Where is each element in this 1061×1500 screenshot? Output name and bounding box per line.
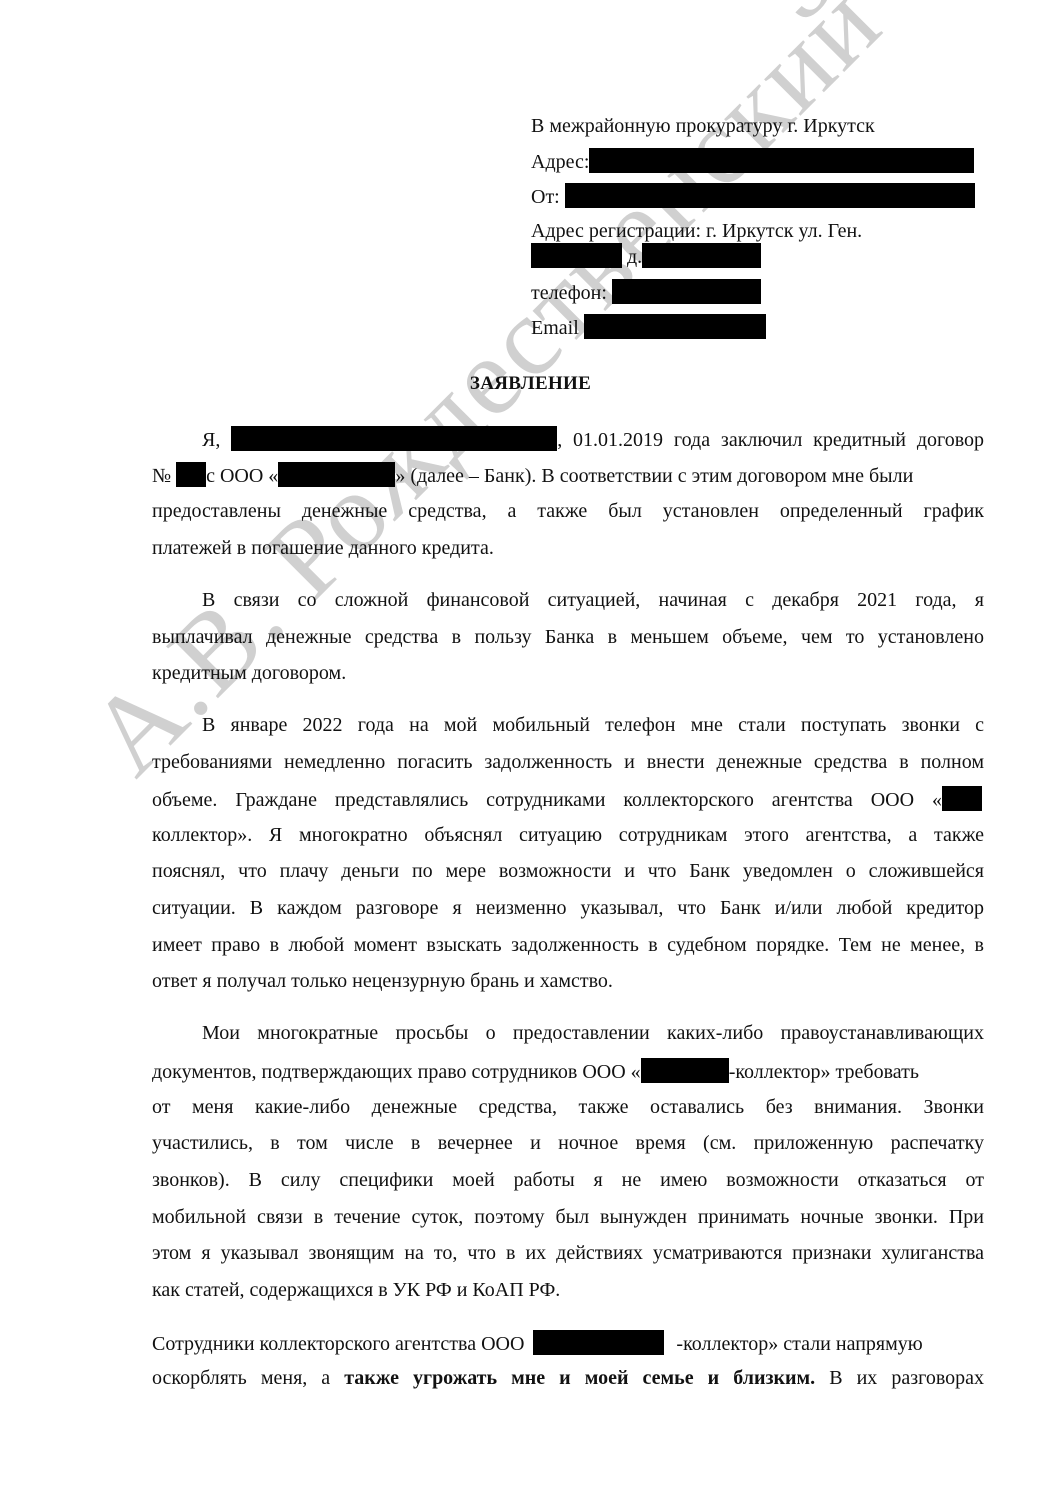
redaction-contract-number [176, 462, 206, 487]
address-label: Адрес: [531, 151, 589, 173]
from-label: От: [531, 186, 560, 208]
redaction-address [589, 148, 974, 173]
text: -коллектор» стали напрямую [676, 1333, 922, 1355]
text: с ООО « [206, 465, 278, 487]
redaction-email [584, 314, 766, 339]
p3-line-8: ответ я получал только нецензурную брань… [152, 969, 984, 993]
document-page: А.В. Рождественский В межрайонную прокур… [0, 0, 1061, 1500]
p2-line-1: В связи со сложной финансовой ситуацией,… [152, 588, 984, 612]
p3-line-7: имеет право в любой момент взыскать задо… [152, 933, 984, 957]
p4-line-1: Мои многократные просьбы о предоставлени… [152, 1021, 984, 1045]
text: оскорблять меня, а [152, 1367, 330, 1389]
p3-line-6: ситуации. В каждом разговоре я неизменно… [152, 896, 984, 920]
email-label: Email [531, 317, 579, 339]
p5-line-1: Сотрудники коллекторского агентства ООО … [152, 1330, 984, 1356]
p5-line-2: оскорблять меня, а также угрожать мне и … [152, 1366, 984, 1390]
redaction-agency [942, 786, 982, 811]
text: » (далее – Банк). В соответствии с этим … [395, 465, 913, 487]
phone-label: телефон: [531, 282, 607, 304]
p4-line-5: звонков). В силу специфики моей работы я… [152, 1168, 984, 1192]
email-line: Email [531, 314, 766, 340]
p4-line-6: мобильной связи в течение суток, поэтому… [152, 1205, 984, 1229]
text: Я, [202, 429, 220, 451]
text: документов, подтверждающих право сотрудн… [152, 1061, 641, 1083]
p3-line-1: В январе 2022 года на мой мобильный теле… [152, 713, 984, 737]
p4-line-3: от меня какие-либо денежные средства, та… [152, 1095, 984, 1119]
redaction-phone [612, 279, 761, 304]
from-line: От: [531, 183, 975, 209]
p1-line-4: платежей в погашение данного кредита. [152, 536, 984, 560]
p3-line-2: требованиями немедленно погасить задолже… [152, 750, 984, 774]
p4-line-8: как статей, содержащихся в УК РФ и КоАП … [152, 1278, 984, 1302]
p1-line-2: № с ООО «» (далее – Банк). В соответстви… [152, 462, 984, 488]
text: Сотрудники коллекторского агентства ООО [152, 1333, 524, 1355]
p1-line-3: предоставлены денежные средства, а также… [152, 499, 984, 523]
p2-line-2: выплачивал денежные средства в пользу Ба… [152, 625, 984, 649]
redaction-agency-3 [533, 1330, 664, 1355]
p3-line-5: пояснял, что плачу деньги по мере возмож… [152, 859, 984, 883]
bold-text: также угрожать мне и моей семье и близки… [344, 1367, 815, 1389]
registration-line-2: д. [531, 243, 761, 269]
text: В их разговорах [829, 1367, 984, 1389]
document-content: В межрайонную прокуратуру г. Иркутск Адр… [0, 0, 1061, 1500]
p4-line-7: этом я указывал звонящим на то, что в их… [152, 1241, 984, 1265]
redaction-from [565, 183, 975, 208]
p3-line-4: коллектор». Я многократно объяснял ситуа… [152, 823, 984, 847]
house-label: д. [627, 246, 642, 268]
text: , 01.01.2019 года заключил кредитный дог… [557, 429, 984, 451]
registration-label: Адрес регистрации: г. Иркутск ул. Ген. [531, 219, 862, 243]
redaction-house [642, 243, 761, 268]
redaction-name [231, 426, 557, 451]
text: -коллектор» требовать [729, 1061, 919, 1083]
p4-line-4: участились, в том числе в вечернее и ноч… [152, 1131, 984, 1155]
text: № [152, 465, 171, 487]
document-title: ЗАЯВЛЕНИЕ [0, 373, 1061, 395]
redaction-bank-name [278, 462, 395, 487]
phone-line: телефон: [531, 279, 761, 305]
redaction-agency-2 [641, 1058, 729, 1083]
p2-line-3: кредитным договором. [152, 661, 984, 685]
text: объеме. Граждане представлялись сотрудни… [152, 788, 942, 812]
p4-line-2: документов, подтверждающих право сотрудн… [152, 1058, 984, 1084]
redaction-street [531, 243, 622, 268]
p1-line-1: Я, , 01.01.2019 года заключил кредитный … [152, 426, 984, 452]
addressee: В межрайонную прокуратуру г. Иркутск [531, 114, 875, 138]
p3-line-3: объеме. Граждане представлялись сотрудни… [152, 786, 984, 812]
address-line: Адрес: [531, 148, 974, 174]
